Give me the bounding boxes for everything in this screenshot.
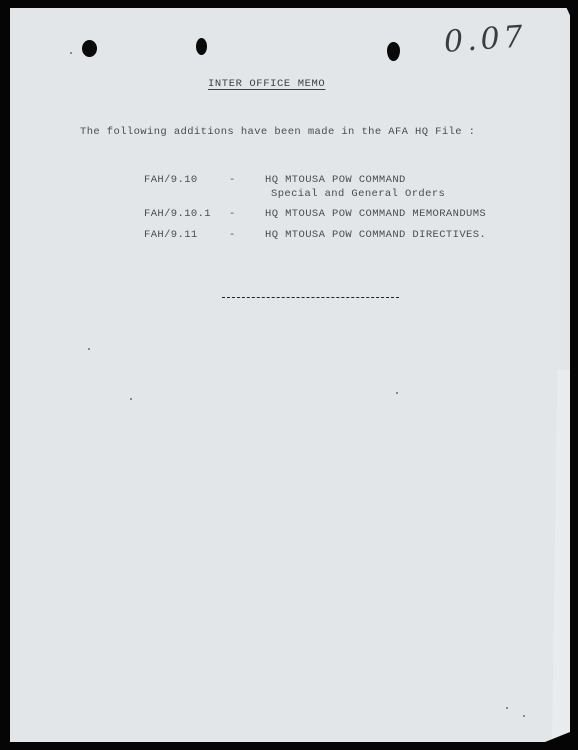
memo-page	[10, 8, 570, 742]
punch-hole-icon	[82, 40, 97, 57]
paper-speck	[396, 392, 398, 394]
paper-speck	[88, 348, 90, 350]
paper-speck	[130, 398, 132, 400]
paper-speck	[506, 707, 508, 709]
punch-hole-icon	[196, 38, 207, 55]
paper-speck	[70, 52, 72, 54]
handwritten-annotation: 0.07	[443, 19, 528, 60]
file-description-line2: Special and General Orders	[271, 188, 445, 200]
file-description: HQ MTOUSA POW COMMAND	[265, 174, 406, 186]
file-code: FAH/9.11	[144, 229, 198, 241]
file-code: FAH/9.10	[144, 174, 198, 186]
paper-speck	[523, 715, 525, 717]
entry-separator: -	[229, 229, 236, 241]
entry-separator: -	[229, 174, 236, 186]
file-code: FAH/9.10.1	[144, 208, 211, 220]
dashed-divider	[222, 297, 399, 298]
entry-separator: -	[229, 208, 236, 220]
file-description: HQ MTOUSA POW COMMAND DIRECTIVES.	[265, 229, 486, 241]
memo-title: INTER OFFICE MEMO	[208, 78, 325, 90]
memo-intro: The following additions have been made i…	[80, 126, 475, 138]
file-description: HQ MTOUSA POW COMMAND MEMORANDUMS	[265, 208, 486, 220]
scan-frame: 0.07 INTER OFFICE MEMO The following add…	[0, 0, 578, 750]
